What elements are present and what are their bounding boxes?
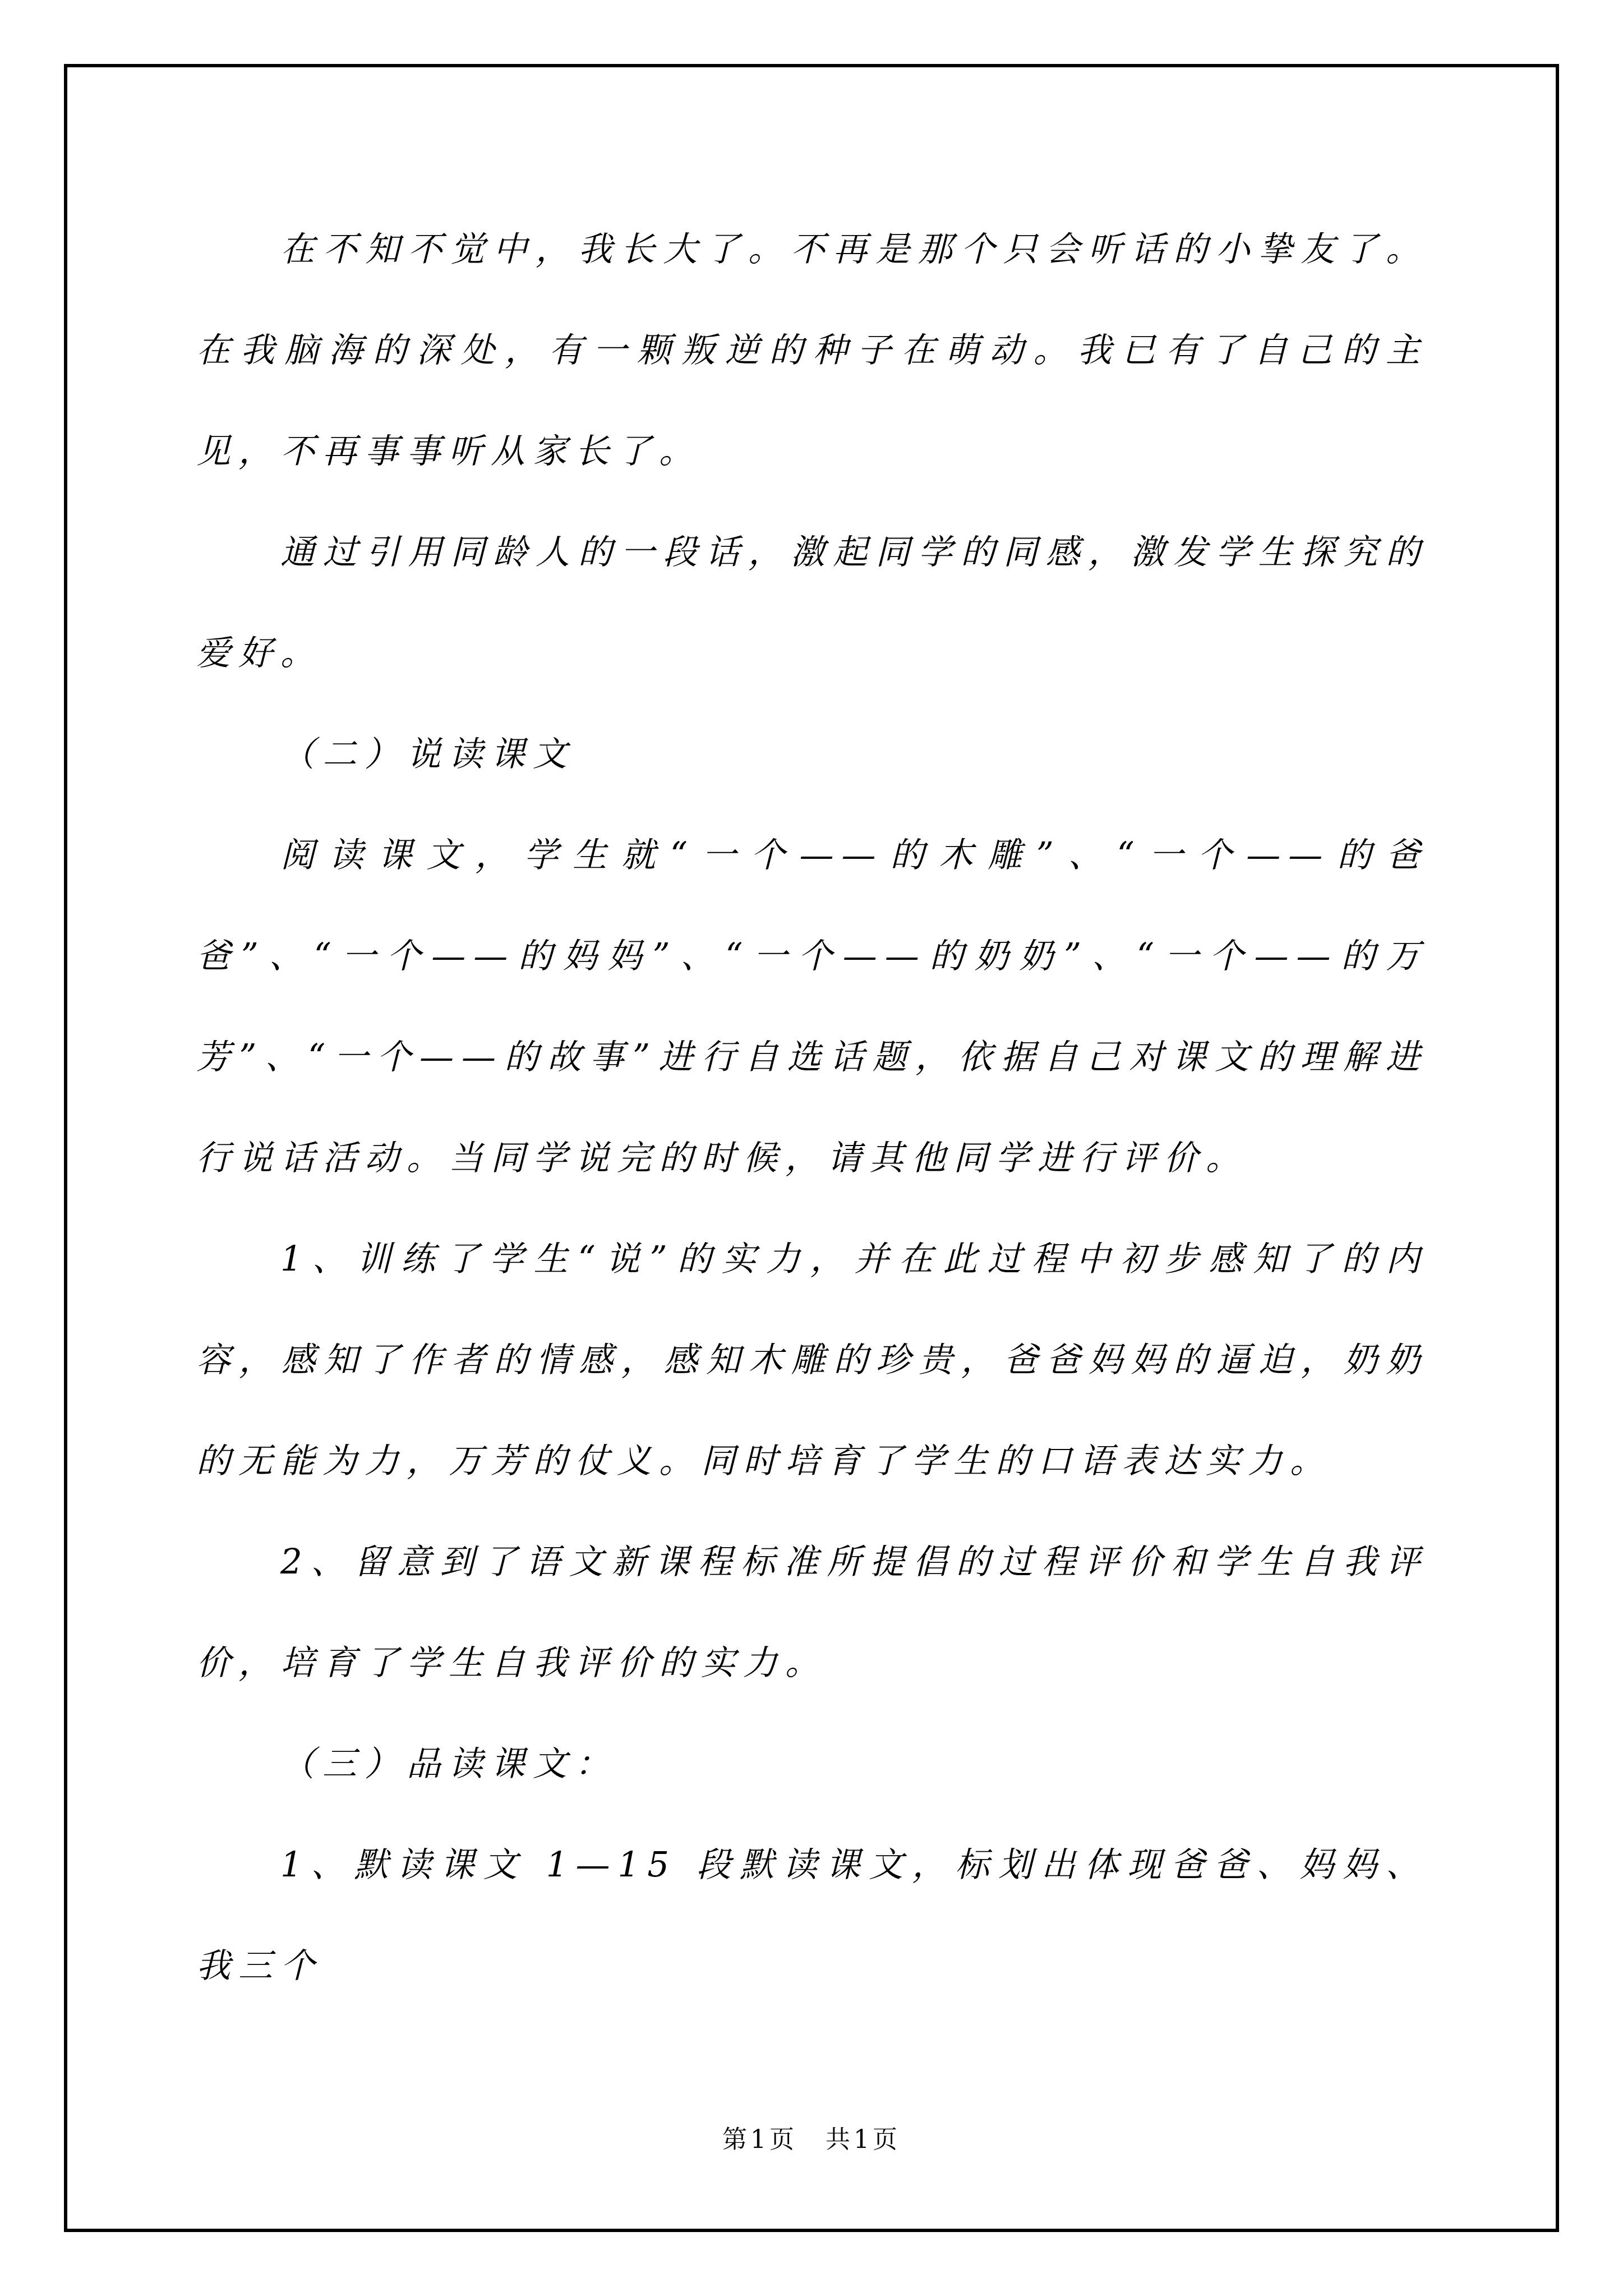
paragraph-quote-purpose: 通过引用同龄人的一段话，激起同学的同感，激发学生探究的爱好。 [196,502,1428,704]
page-number: 第1页 共1页 [722,2125,901,2154]
section-heading-3: （三）品读课文： [196,1714,1428,1815]
page-footer: 第1页 共1页 [0,2119,1623,2155]
paragraph-point-2: 2、留意到了语文新课程标准所提倡的过程评价和学生自我评价，培育了学生自我评价的实… [196,1512,1428,1714]
document-body: 在不知不觉中，我长大了。不再是那个只会听话的小挚友了。在我脑海的深处，有一颗叛逆… [196,199,1428,2017]
paragraph-intro-quote: 在不知不觉中，我长大了。不再是那个只会听话的小挚友了。在我脑海的深处，有一颗叛逆… [196,199,1428,502]
section-heading-2: （二）说读课文 [196,704,1428,805]
paragraph-reading-activity: 阅读课文，学生就“一个——的木雕”、“一个——的爸爸”、“一个——的妈妈”、“一… [196,805,1428,1209]
paragraph-point-1: 1、训练了学生“说”的实力，并在此过程中初步感知了的内容，感知了作者的情感，感知… [196,1209,1428,1512]
paragraph-silent-reading: 1、默读课文 1—15 段默读课文，标划出体现爸爸、妈妈、我三个 [196,1815,1428,2017]
